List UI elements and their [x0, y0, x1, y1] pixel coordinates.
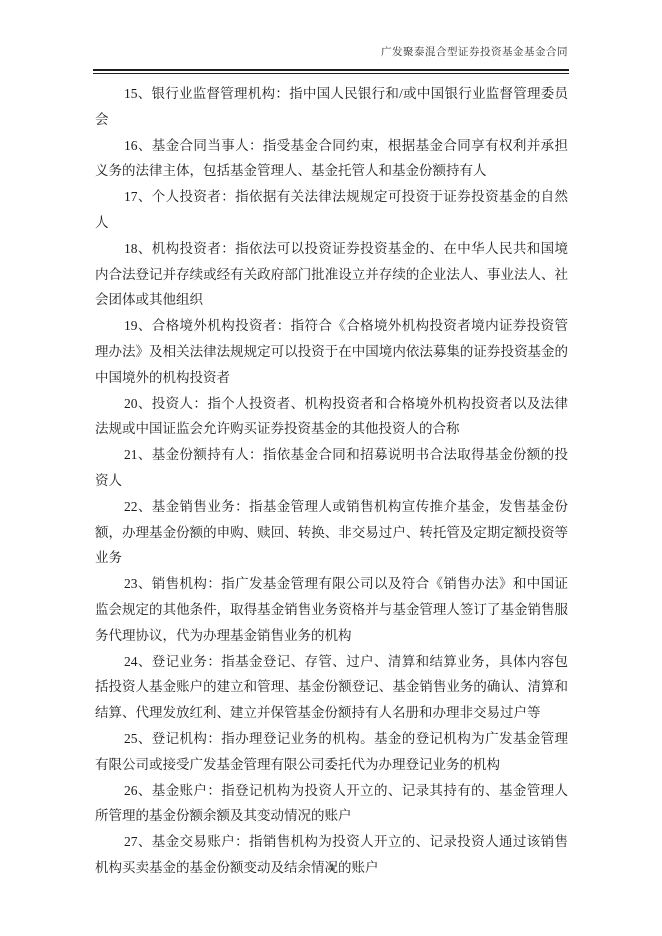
running-header-title: 广发聚泰混合型证券投资基金基金合同	[93, 44, 568, 59]
definition-paragraph-17: 17、个人投资者：指依据有关法律法规规定可投资于证券投资基金的自然人	[95, 184, 568, 236]
definition-paragraph-15: 15、银行业监督管理机构：指中国人民银行和/或中国银行业监督管理委员会	[95, 81, 568, 133]
document-page: 广发聚泰混合型证券投资基金基金合同 15、银行业监督管理机构：指中国人民银行和/…	[0, 0, 662, 936]
definition-paragraph-18: 18、机构投资者：指依法可以投资证券投资基金的、在中华人民共和国境内合法登记并存…	[95, 236, 568, 313]
definition-paragraph-25: 25、登记机构：指办理登记业务的机构。基金的登记机构为广发基金管理有限公司或接受…	[95, 726, 568, 778]
definition-paragraph-26: 26、基金账户：指登记机构为投资人开立的、记录其持有的、基金管理人所管理的基金份…	[95, 778, 568, 830]
definition-paragraph-20: 20、投资人：指个人投资者、机构投资者和合格境外机构投资者以及法律法规或中国证监…	[95, 391, 568, 443]
definitions-section: 15、银行业监督管理机构：指中国人民银行和/或中国银行业监督管理委员会 16、基…	[95, 81, 568, 881]
definition-paragraph-21: 21、基金份额持有人：指依基金合同和招募说明书合法取得基金份额的投资人	[95, 442, 568, 494]
definition-paragraph-23: 23、销售机构：指广发基金管理有限公司以及符合《销售办法》和中国证监会规定的其他…	[95, 571, 568, 648]
header-double-rule	[93, 69, 569, 74]
definition-paragraph-19: 19、合格境外机构投资者：指符合《合格境外机构投资者境内证券投资管理办法》及相关…	[95, 313, 568, 390]
definition-paragraph-24: 24、登记业务：指基金登记、存管、过户、清算和结算业务，具体内容包括投资人基金账…	[95, 649, 568, 726]
page-number: 4	[0, 860, 662, 875]
definition-paragraph-22: 22、基金销售业务：指基金管理人或销售机构宣传推介基金，发售基金份额，办理基金份…	[95, 494, 568, 571]
definition-paragraph-16: 16、基金合同当事人：指受基金合同约束，根据基金合同享有权利并承担义务的法律主体…	[95, 133, 568, 185]
